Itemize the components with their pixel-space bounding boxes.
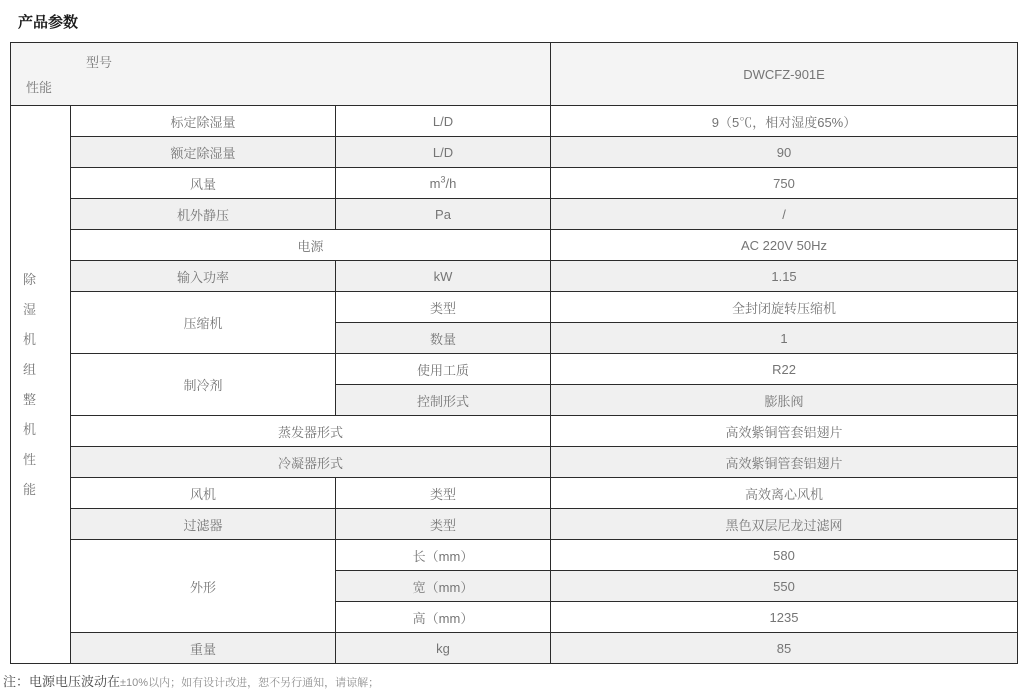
unit-rest: /h — [446, 176, 457, 191]
table-row: 风机 类型 高效离心风机 — [11, 478, 1018, 509]
side-char: 机 — [23, 325, 36, 355]
row-value-cell: 1235 — [551, 602, 1018, 633]
spec-table: 型号 性能 DWCFZ-901E 除 湿 机 组 整 机 性 能 标定除湿量 L… — [10, 42, 1018, 664]
table-row: 外形 长（mm） 580 — [11, 540, 1018, 571]
row-value-cell: 全封闭旋转压缩机 — [551, 292, 1018, 323]
header-model-label: 型号 — [11, 52, 112, 71]
row-value-cell: 膨胀阀 — [551, 385, 1018, 416]
header-split-labels: 型号 性能 — [11, 43, 550, 105]
row-param-cell: 电源 — [71, 230, 551, 261]
row-unit-cell: L/D — [336, 137, 551, 168]
row-param-cell: 过滤器 — [71, 509, 336, 540]
row-param-cell: 蒸发器形式 — [71, 416, 551, 447]
row-value-cell: 黑色双层尼龙过滤网 — [551, 509, 1018, 540]
table-row: 风量 m3/h 750 — [11, 168, 1018, 199]
group-cell: 制冷剂 — [71, 354, 336, 416]
page-title: 产品参数 — [18, 11, 1027, 32]
table-row: 除 湿 机 组 整 机 性 能 标定除湿量 L/D 9（5℃，相对湿度65%） — [11, 106, 1018, 137]
side-label-cell: 除 湿 机 组 整 机 性 能 — [11, 106, 71, 664]
row-value-cell: 90 — [551, 137, 1018, 168]
row-value-cell: 1.15 — [551, 261, 1018, 292]
row-value-cell: 85 — [551, 633, 1018, 664]
side-char: 除 — [23, 265, 36, 295]
table-row: 重量 kg 85 — [11, 633, 1018, 664]
table-row: 输入功率 kW 1.15 — [11, 261, 1018, 292]
row-param-cell: 标定除湿量 — [71, 106, 336, 137]
table-row: 制冷剂 使用工质 R22 — [11, 354, 1018, 385]
row-value-cell: 580 — [551, 540, 1018, 571]
row-subparam-cell: 使用工质 — [336, 354, 551, 385]
table-row: 压缩机 类型 全封闭旋转压缩机 — [11, 292, 1018, 323]
row-unit-cell: m3/h — [336, 168, 551, 199]
header-model-performance-cell: 型号 性能 — [11, 43, 551, 106]
row-subparam-cell: 数量 — [336, 323, 551, 354]
row-param-cell: 额定除湿量 — [71, 137, 336, 168]
row-value-cell: AC 220V 50Hz — [551, 230, 1018, 261]
row-subparam-cell: 长（mm） — [336, 540, 551, 571]
side-char: 性 — [23, 445, 36, 475]
row-value-cell: 高效紫铜管套铝翅片 — [551, 416, 1018, 447]
row-value-cell: R22 — [551, 354, 1018, 385]
table-row: 冷凝器形式 高效紫铜管套铝翅片 — [11, 447, 1018, 478]
footnote: 注：电源电压波动在±10%以内；如有设计改进，恕不另行通知，请谅解； — [3, 671, 1027, 691]
table-row: 电源 AC 220V 50Hz — [11, 230, 1018, 261]
footnote-detail: ±10%以内；如有设计改进，恕不另行通知，请谅解； — [120, 677, 379, 689]
side-char: 机 — [23, 415, 36, 445]
header-row: 型号 性能 DWCFZ-901E — [11, 43, 1018, 106]
group-cell: 外形 — [71, 540, 336, 633]
row-subparam-cell: 类型 — [336, 478, 551, 509]
row-subparam-cell: 类型 — [336, 292, 551, 323]
row-unit-cell: L/D — [336, 106, 551, 137]
row-subparam-cell: 高（mm） — [336, 602, 551, 633]
header-performance-label: 性能 — [11, 77, 52, 96]
row-value-cell: 高效紫铜管套铝翅片 — [551, 447, 1018, 478]
row-value-cell: 1 — [551, 323, 1018, 354]
row-unit-cell: kW — [336, 261, 551, 292]
row-value-cell: 高效离心风机 — [551, 478, 1018, 509]
footnote-prefix: 注：电源电压波动在 — [3, 674, 120, 689]
row-value-cell: 550 — [551, 571, 1018, 602]
row-param-cell: 风机 — [71, 478, 336, 509]
row-unit-cell: kg — [336, 633, 551, 664]
side-label-vertical-text: 除 湿 机 组 整 机 性 能 — [11, 265, 70, 505]
side-char: 整 — [23, 385, 36, 415]
table-row: 蒸发器形式 高效紫铜管套铝翅片 — [11, 416, 1018, 447]
row-param-cell: 重量 — [71, 633, 336, 664]
group-cell: 压缩机 — [71, 292, 336, 354]
row-value-cell: 9（5℃，相对湿度65%） — [551, 106, 1018, 137]
table-row: 过滤器 类型 黑色双层尼龙过滤网 — [11, 509, 1018, 540]
row-subparam-cell: 宽（mm） — [336, 571, 551, 602]
table-row: 机外静压 Pa / — [11, 199, 1018, 230]
row-subparam-cell: 控制形式 — [336, 385, 551, 416]
row-value-cell: 750 — [551, 168, 1018, 199]
unit-base: m — [430, 176, 441, 191]
row-param-cell: 冷凝器形式 — [71, 447, 551, 478]
row-param-cell: 风量 — [71, 168, 336, 199]
side-char: 组 — [23, 355, 36, 385]
side-char: 湿 — [23, 295, 36, 325]
row-param-cell: 机外静压 — [71, 199, 336, 230]
row-unit-cell: Pa — [336, 199, 551, 230]
row-value-cell: / — [551, 199, 1018, 230]
row-param-cell: 输入功率 — [71, 261, 336, 292]
table-row: 额定除湿量 L/D 90 — [11, 137, 1018, 168]
row-subparam-cell: 类型 — [336, 509, 551, 540]
model-value-cell: DWCFZ-901E — [551, 43, 1018, 106]
side-char: 能 — [23, 475, 36, 505]
